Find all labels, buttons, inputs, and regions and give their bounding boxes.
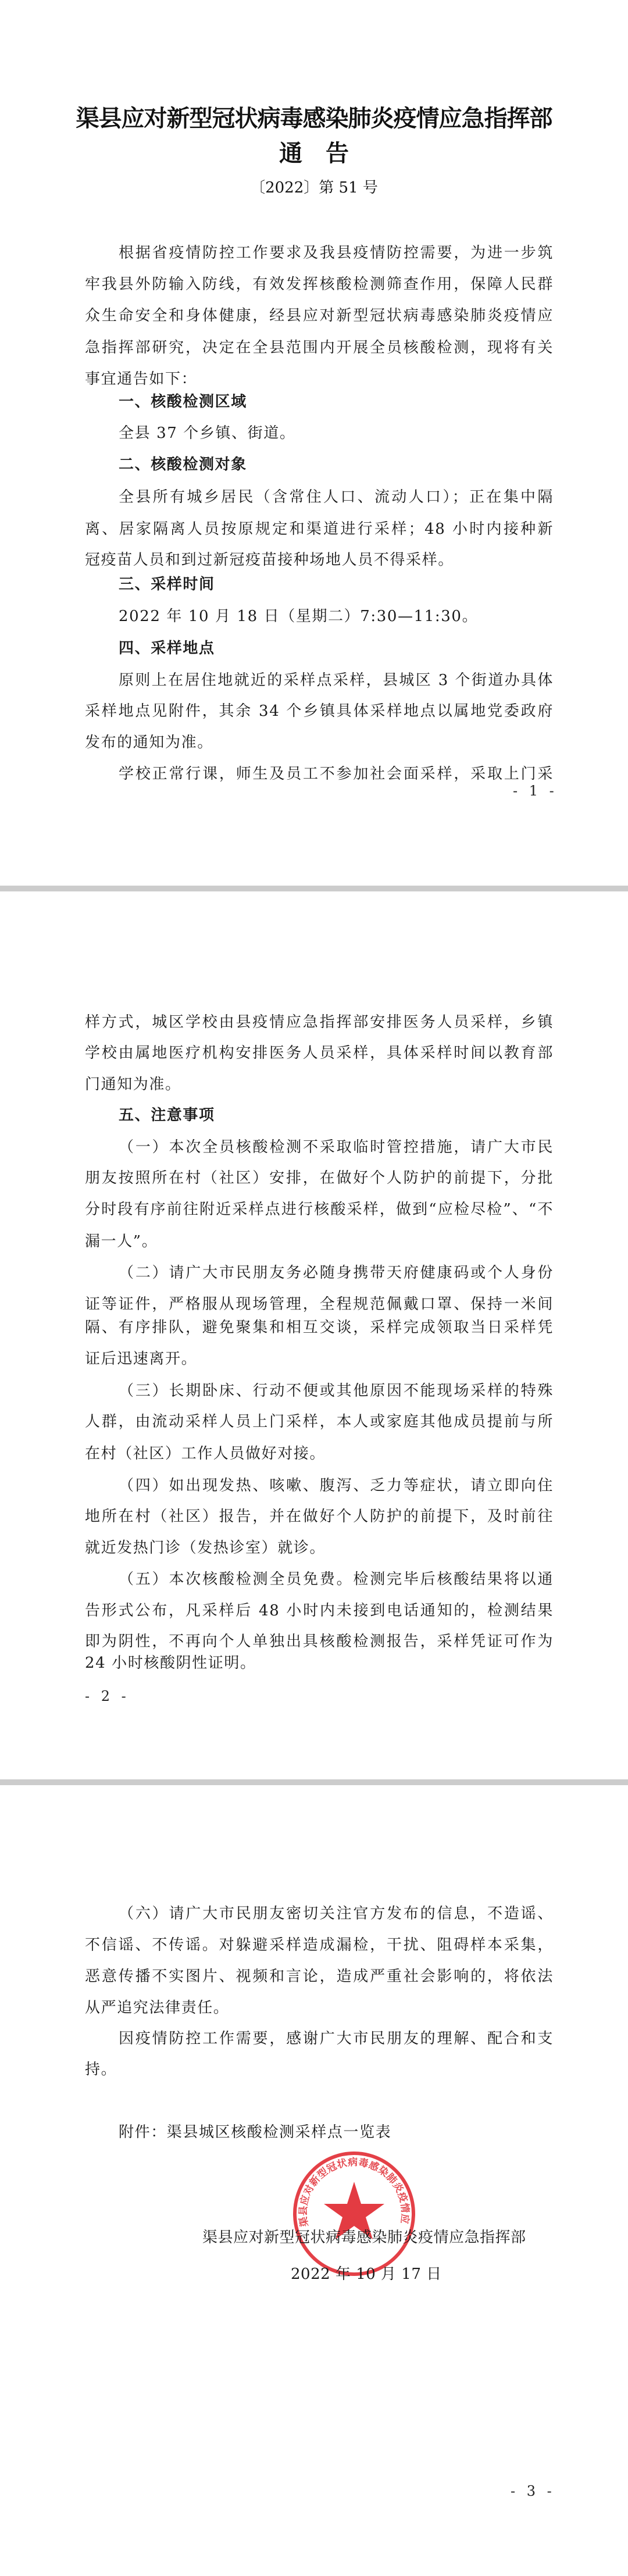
section-body-2-line: 冠疫苗人员和到过新冠疫苗接种场地人员不得采样。 [85,551,554,569]
closing-line: 持。 [85,2061,554,2078]
page-1: 渠县应对新型冠状病毒感染肺炎疫情应急指挥部 通 告 〔2022〕第 51 号 根… [0,0,628,886]
official-seal: 渠县应对新型冠状病毒感染肺炎疫情应急指挥部 [291,2150,418,2277]
notice-item-2-line: 证等证件，严格服从现场管理，全程规范佩戴口罩、保持一米间 [85,1296,554,1313]
section-heading-1: 一、核酸检测区域 [85,393,554,411]
section-heading-4: 四、采样地点 [85,640,554,657]
notice-item-6-line: 恶意传播不实图片、视频和言论，造成严重社会影响的，将依法 [85,1968,554,1985]
notice-item-5-line: 告形式公布，凡采样后 48 小时内未接到电话通知的，检测结果 [85,1602,554,1619]
notice-item-1-line: 朋友按照所在村（社区）安排，在做好个人防护的前提下，分批 [85,1169,554,1187]
notice-item-5-line: 即为阴性，不再向个人单独出具核酸检测报告，采样凭证可作为 [85,1633,554,1650]
section-body-2-line: 离、居家隔离人员按原规定和渠道进行采样；48 小时内接种新 [85,520,554,538]
intro-line: 众生命安全和身体健康，经县应对新型冠状病毒感染肺炎疫情应 [85,307,554,324]
notice-item-5-line: （五）本次核酸检测全员免费。检测完毕后核酸结果将以通 [85,1571,554,1588]
page-3: （六）请广大市民朋友密切关注官方发布的信息，不造谣、 不信谣、不传谣。对躲避采样… [0,1785,628,2576]
page-divider [0,886,628,891]
attachment-reference[interactable]: 附件：渠县城区核酸检测采样点一览表 [85,2124,554,2141]
section-body-2-line: 全县所有城乡居民（含常住人口、流动人口）；正在集中隔 [85,488,554,506]
intro-line: 根据省疫情防控工作要求及我县疫情防控需要，为进一步筑 [85,244,554,262]
notice-item-5-line: 24 小时核酸阴性证明。 [85,1654,554,1672]
section-heading-3: 三、采样时间 [85,576,554,593]
notice-item-6-line: 不信谣、不传谣。对躲避采样造成漏检，干扰、阻碍样本采集， [85,1936,554,1954]
notice-item-6-line: 从严追究法律责任。 [85,1999,554,2017]
notice-item-4-line: 就近发热门诊（发热诊室）就诊。 [85,1539,554,1557]
notice-item-3-line: （三）长期卧床、行动不便或其他原因不能现场采样的特殊 [85,1382,554,1400]
document-title: 渠县应对新型冠状病毒感染肺炎疫情应急指挥部 [0,102,628,135]
intro-line: 急指挥部研究，决定在全县范围内开展全员核酸检测，现将有关 [85,339,554,356]
section-body-4-line: 采样地点见附件，其余 34 个乡镇具体采样地点以属地党委政府 [85,702,554,720]
section-heading-2: 二、核酸检测对象 [85,456,554,473]
page-number-1: - 1 - [513,783,558,799]
section-body-4-line: 原则上在居住地就近的采样点采样，县城区 3 个街道办具体 [85,672,554,689]
notice-item-2-line: 证后迅速离开。 [85,1350,554,1368]
page-number-3: - 3 - [511,2483,555,2499]
school-sampling-line: 样方式，城区学校由县疫情应急指挥部安排医务人员采样，乡镇 [85,1014,554,1031]
signature-organization: 渠县应对新型冠状病毒感染肺炎疫情应急指挥部 [202,2225,526,2247]
notice-item-1-line: 漏一人”。 [85,1233,554,1250]
seal-graphic: 渠县应对新型冠状病毒感染肺炎疫情应急指挥部 [291,2150,418,2277]
notice-item-3-line: 人群，由流动采样人员上门采样，本人或家庭其他成员提前与所 [85,1413,554,1430]
intro-line: 事宜通告如下： [85,370,554,388]
notice-item-4-line: （四）如出现发热、咳嗽、腹泻、乏力等症状，请立即向住 [85,1477,554,1494]
school-sampling-line: 门通知为准。 [85,1076,554,1093]
notice-item-4-line: 地所在村（社区）报告，并在做好个人防护的前提下，及时前往 [85,1508,554,1525]
section-body-3: 2022 年 10 月 18 日（星期二）7:30—11:30。 [85,608,554,625]
notice-item-1-line: （一）本次全员核酸检测不采取临时管控措施，请广大市民 [85,1139,554,1156]
document-number: 〔2022〕第 51 号 [0,177,628,198]
notice-item-1-line: 分时段有序前往附近采样点进行核酸采样，做到“应检尽检”、“不 [85,1201,554,1218]
page-divider [0,1779,628,1785]
notice-item-2-line: （二）请广大市民朋友务必随身携带天府健康码或个人身份 [85,1264,554,1282]
school-sampling-line: 学校由属地医疗机构安排医务人员采样，具体采样时间以教育部 [85,1044,554,1062]
section-body-1: 全县 37 个乡镇、街道。 [85,424,554,442]
section-heading-5: 五、注意事项 [85,1107,554,1124]
closing-line: 因疫情防控工作需要，感谢广大市民朋友的理解、配合和支 [85,2030,554,2047]
notice-item-2-line: 隔、有序排队，避免聚集和相互交谈，采样完成领取当日采样凭 [85,1319,554,1336]
notice-item-6-line: （六）请广大市民朋友密切关注官方发布的信息，不造谣、 [85,1905,554,1922]
document-subtitle: 通 告 [0,137,628,170]
page-number-2: - 2 - [85,1688,130,1704]
signature-date: 2022 年 10 月 17 日 [291,2262,442,2284]
school-sampling-line: 学校正常行课，师生及员工不参加社会面采样，采取上门采 [85,765,554,783]
page-2: 样方式，城区学校由县疫情应急指挥部安排医务人员采样，乡镇 学校由属地医疗机构安排… [0,891,628,1779]
section-body-4-line: 发布的通知为准。 [85,734,554,751]
notice-item-3-line: 在村（社区）工作人员做好对接。 [85,1445,554,1462]
intro-line: 牢我县外防输入防线，有效发挥核酸检测筛查作用，保障人民群 [85,276,554,293]
